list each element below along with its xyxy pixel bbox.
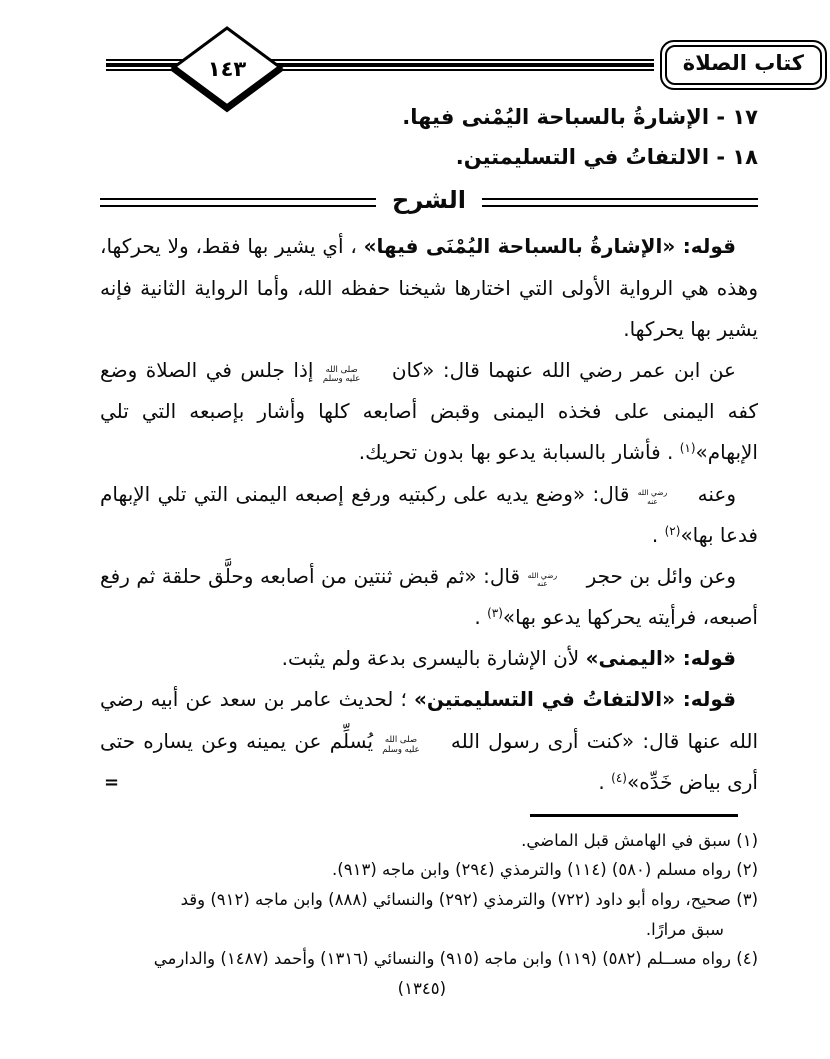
paragraph-text: وعن وائل بن حجر [580, 564, 736, 588]
footnote-separator [530, 814, 738, 817]
footnote-ref-2: (٢) [665, 524, 681, 538]
paragraph-text: . [474, 605, 487, 629]
qawluhu-quote: قوله: «الإشارةُ بالسباحة اليُمْنَى فيها» [364, 234, 736, 258]
paragraph-text: وعنه [690, 482, 736, 506]
footnote-2: (٢) رواه مسلم (٥٨٠) (١١٤) والترمذي (٢٩٤)… [100, 855, 758, 885]
book-title-box: كتاب الصلاة [660, 40, 827, 90]
footnote-4: (٤) رواه مســلم (٥٨٢) (١١٩) وابن ماجه (٩… [100, 944, 758, 974]
footnote-ref-1: (١) [680, 441, 696, 455]
paragraph-text: . [598, 770, 611, 794]
qawluhu-quote: قوله: «الالتفاتُ في التسليمتين» [414, 687, 736, 711]
saw-honorific-icon: صلى اللهعليه وسلم [381, 736, 442, 755]
paragraph-1: قوله: «الإشارةُ بالسباحة اليُمْنَى فيها»… [100, 226, 758, 350]
footnote-4-continuation: (١٣٤٥) [100, 974, 758, 1004]
paragraph-text: لأن الإشارة باليسرى بدعة ولم يثبت. [282, 646, 586, 670]
heading-rule-right [482, 198, 758, 207]
paragraph-3: وعنه رضي اللهعنه قال: «وضع يديه على ركبت… [100, 474, 758, 556]
list-item-18: ١٨ - الالتفاتُ في التسليمتين. [100, 137, 758, 177]
book-title: كتاب الصلاة [665, 45, 822, 85]
paragraph-6: قوله: «الالتفاتُ في التسليمتين» ؛ لحديث … [100, 679, 758, 803]
section-heading-row: الشرح [100, 186, 758, 215]
continuation-mark: = [104, 764, 119, 801]
page-number-diamond: ١٤٣ [166, 22, 288, 114]
paragraph-text: عن ابن عمر رضي الله عنهما قال: «كان [383, 358, 736, 382]
footnote-1: (١) سبق في الهامش قبل الماضي. [100, 826, 758, 856]
scanned-book-page: ١٤٣ كتاب الصلاة ١٧ - الإشارةُ بالسباحة ا… [0, 0, 830, 1059]
page-content: ١٧ - الإشارةُ بالسباحة اليُمْنى فيها. ١٨… [100, 97, 758, 803]
saw-honorific-icon: صلى اللهعليه وسلم [322, 366, 383, 385]
page-number: ١٤٣ [208, 57, 247, 81]
footnote-3: (٣) صحيح، رواه أبو داود (٧٢٢) والترمذي (… [100, 885, 758, 915]
paragraph-2: عن ابن عمر رضي الله عنهما قال: «كان صلى … [100, 350, 758, 474]
footnote-ref-3: (٣) [487, 606, 503, 620]
heading-rule-left [100, 198, 376, 207]
paragraph-text: . [652, 523, 665, 547]
radiallahu-anhu-honorific-icon: رضي اللهعنه [637, 489, 691, 506]
footnotes-section: (١) سبق في الهامش قبل الماضي. (٢) رواه م… [100, 814, 758, 1004]
qawluhu-quote: قوله: «اليمنى» [586, 646, 736, 670]
radiallahu-anhu-honorific-icon: رضي اللهعنه [527, 572, 581, 589]
paragraph-text: . فأشار بالسبابة يدعو بها بدون تحريك. [359, 440, 680, 464]
footnote-ref-4: (٤) [611, 771, 627, 785]
paragraph-4: وعن وائل بن حجر رضي اللهعنه قال: «ثم قبض… [100, 556, 758, 638]
section-heading: الشرح [390, 186, 468, 215]
footnote-3-continuation: سبق مرارًا. [100, 915, 758, 945]
paragraph-5: قوله: «اليمنى» لأن الإشارة باليسرى بدعة … [100, 638, 758, 679]
